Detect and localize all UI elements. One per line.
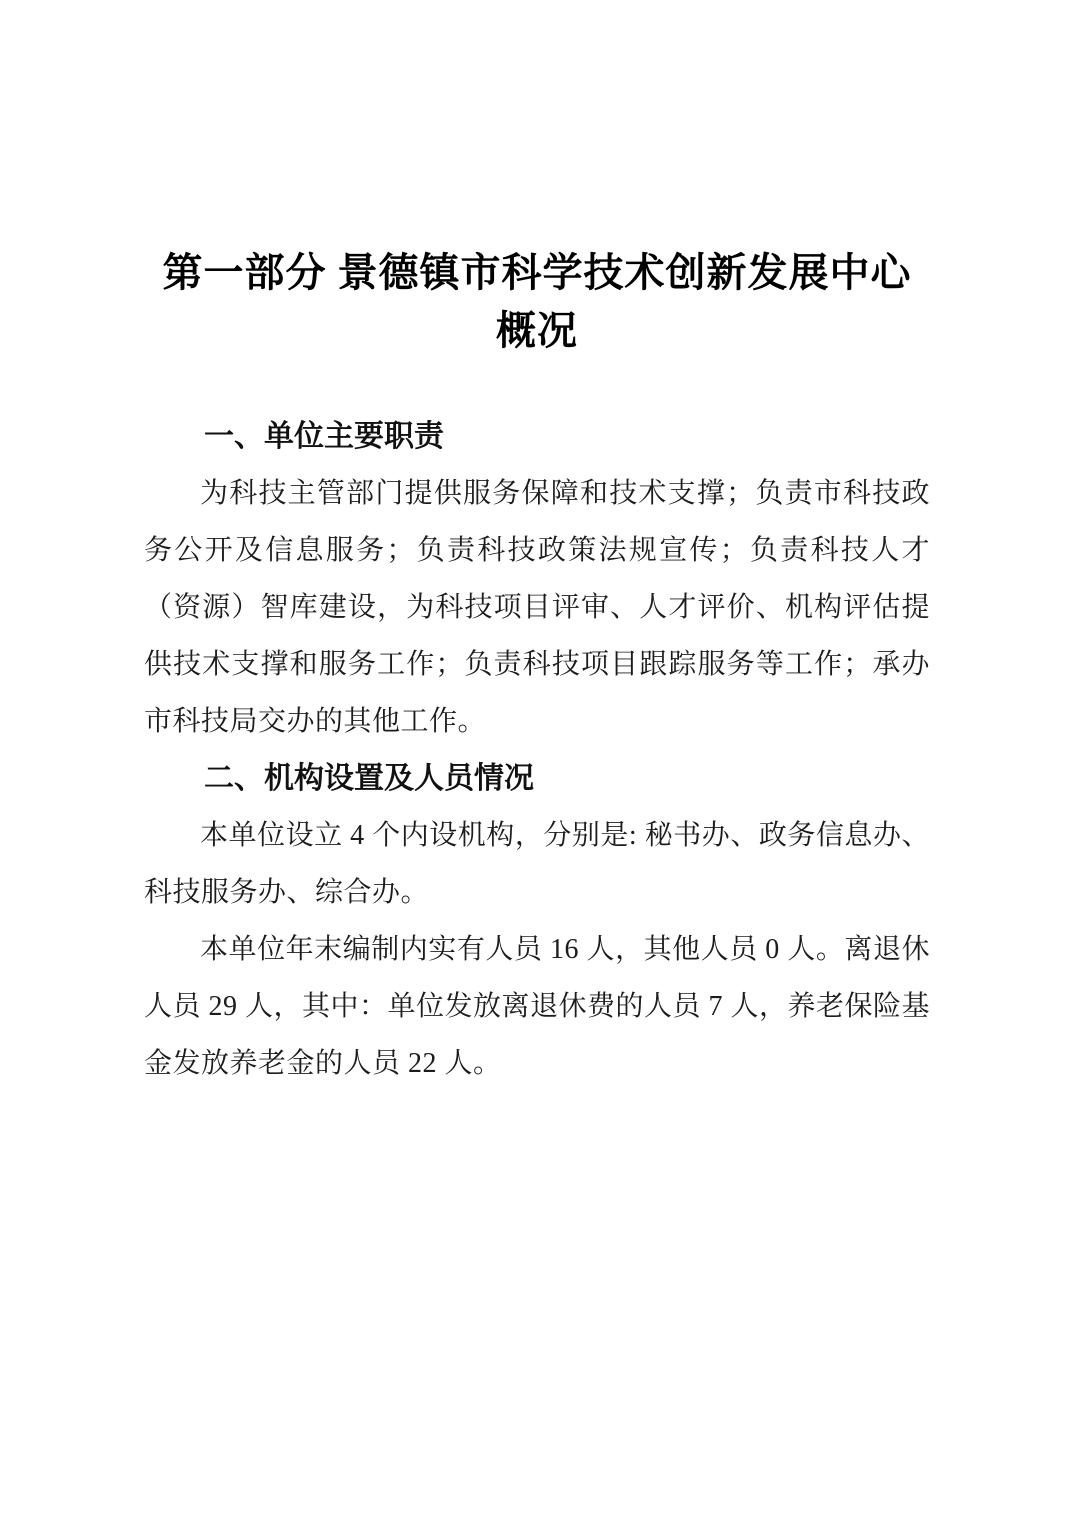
document-title: 第一部分 景德镇市科学技术创新发展中心概况 <box>144 244 930 360</box>
section-2-heading: 二、机构设置及人员情况 <box>144 750 930 807</box>
section-2-paragraph-2: 本单位年末编制内实有人员 16 人，其他人员 0 人。离退休人员 29 人，其中… <box>144 921 930 1092</box>
section-2-paragraph-1: 本单位设立 4 个内设机构，分别是: 秘书办、政务信息办、科技服务办、综合办。 <box>144 807 930 921</box>
section-1-heading: 一、单位主要职责 <box>144 408 930 465</box>
section-1-paragraph-1: 为科技主管部门提供服务保障和技术支撑；负责市科技政务公开及信息服务；负责科技政策… <box>144 465 930 750</box>
document-page: 第一部分 景德镇市科学技术创新发展中心概况 一、单位主要职责 为科技主管部门提供… <box>0 0 1074 1520</box>
